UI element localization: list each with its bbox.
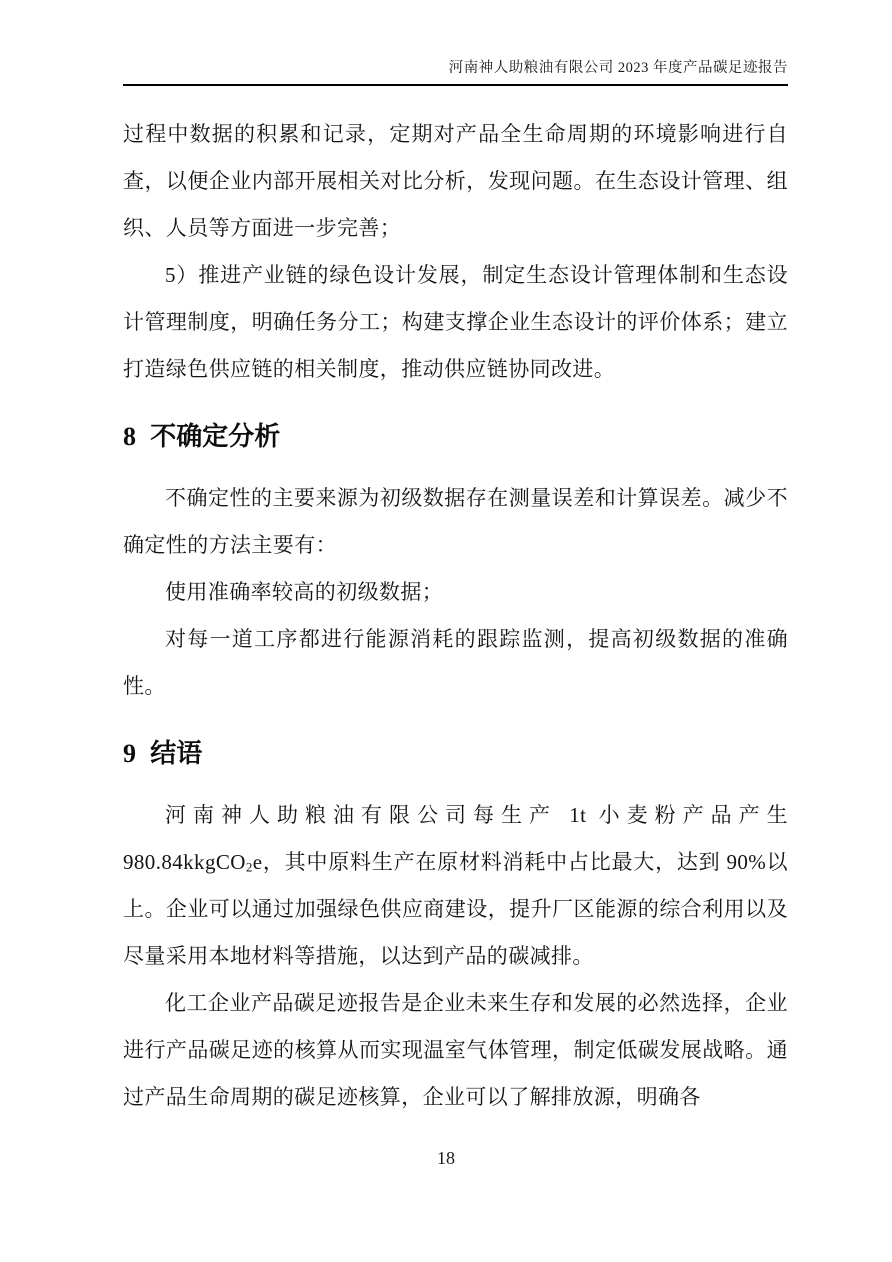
section-9-number: 9 [123,739,136,768]
document-page: 河南神人助粮油有限公司 2023 年度产品碳足迹报告 过程中数据的积累和记录，定… [0,0,892,1262]
co2-subscript: 2 [246,859,253,874]
section-8-paragraph-3: 对每一道工序都进行能源消耗的跟踪监测，提高初级数据的准确性。 [123,616,788,710]
section-9-paragraph-2: 化工企业产品碳足迹报告是企业未来生存和发展的必然选择，企业进行产品碳足迹的核算从… [123,980,788,1121]
section-9-heading: 9结语 [123,737,788,771]
page-footer: 18 [0,1146,892,1170]
section-9-paragraph-1: 河南神人助粮油有限公司每生产 1t 小麦粉产品产生980.84kkgCO2e，其… [123,792,788,980]
page-header: 河南神人助粮油有限公司 2023 年度产品碳足迹报告 [123,0,788,78]
paragraph-item5: 5）推进产业链的绿色设计发展，制定生态设计管理体制和生态设计管理制度，明确任务分… [123,252,788,393]
section-8-number: 8 [123,422,136,451]
header-rule [123,84,788,86]
header-title: 河南神人助粮油有限公司 2023 年度产品碳足迹报告 [449,60,788,76]
section-8-paragraph-1: 不确定性的主要来源为初级数据存在测量误差和计算误差。减少不确定性的方法主要有： [123,475,788,569]
page-content: 河南神人助粮油有限公司 2023 年度产品碳足迹报告 过程中数据的积累和记录，定… [123,0,788,1121]
section-8-paragraph-2: 使用准确率较高的初级数据； [123,569,788,616]
page-number: 18 [437,1148,455,1168]
section-8-title: 不确定分析 [150,422,280,451]
paragraph-continuation: 过程中数据的积累和记录，定期对产品全生命周期的环境影响进行自查，以便企业内部开展… [123,111,788,252]
section-9-title: 结语 [150,739,202,768]
section-8-heading: 8不确定分析 [123,420,788,454]
